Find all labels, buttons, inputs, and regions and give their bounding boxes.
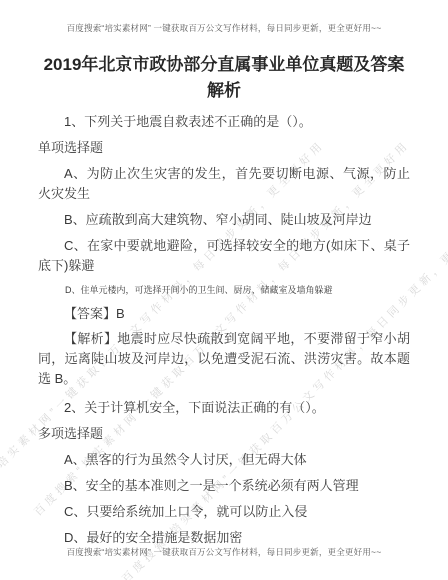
document-page: 百度搜索“培实素材网”一键获取百万公文写作材料，每日同步更新，更全更好用 百度搜… [0, 0, 448, 580]
page-title: 2019年北京市政协部分直属事业单位真题及答案解析 [36, 52, 412, 104]
question-2-option-b: B、安全的基本准则之一是一个系统必须有两人管理 [38, 476, 410, 496]
document-content: 百度搜索“培实素材网” 一键获取百万公文写作材料，每日同步更新，更全更好用~~ … [0, 0, 448, 548]
question-1-option-d: D、住单元楼内，可选择开间小的卫生间、厨房、储藏室及墙角躲避 [38, 284, 410, 297]
question-2-option-c: C、只要给系统加上口令，就可以防止入侵 [38, 502, 410, 522]
question-1-stem: 1、下列关于地震自救表述不正确的是（）。 [38, 112, 410, 132]
question-2-option-a: A、黑客的行为虽然令人讨厌，但无碍大体 [38, 450, 410, 470]
question-2-type-label: 多项选择题 [38, 424, 410, 444]
question-2-stem: 2、关于计算机安全，下面说法正确的有（）。 [38, 398, 410, 418]
question-1-answer: 【答案】B [38, 304, 410, 324]
question-1-option-b: B、应疏散到高大建筑物、窄小胡同、陡山坡及河岸边 [38, 210, 410, 230]
question-1-option-a: A、为防止次生灾害的发生，首先要切断电源、气源，防止火灾发生 [38, 164, 410, 204]
question-2-option-d: D、最好的安全措施是数据加密 [38, 528, 410, 548]
promo-footer-text: 百度搜索“培实素材网” 一键获取百万公文写作材料，每日同步更新，更全更好用~~ [0, 546, 448, 558]
promo-header-text: 百度搜索“培实素材网” 一键获取百万公文写作材料，每日同步更新，更全更好用~~ [0, 0, 448, 34]
question-1-type-label: 单项选择题 [38, 138, 410, 158]
question-1-option-c: C、在家中要就地避险，可选择较安全的地方(如床下、桌子底下)躲避 [38, 236, 410, 276]
question-1-analysis: 【解析】地震时应尽快疏散到宽阔平地，不要滞留于窄小胡同，远离陡山坡及河岸边，以免… [38, 329, 410, 389]
